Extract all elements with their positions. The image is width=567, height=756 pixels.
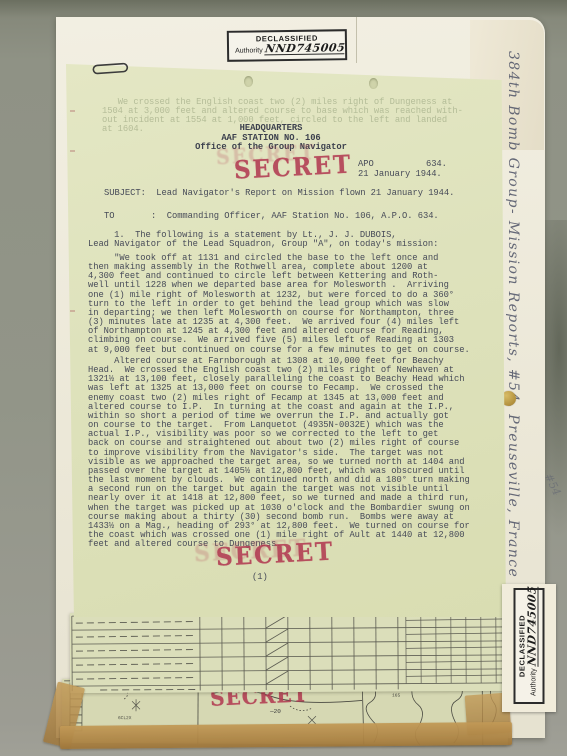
date-line: 21 January 1944. (358, 170, 442, 179)
svg-text:6CL2X: 6CL2X (118, 715, 132, 721)
authority-number: NND745005 (527, 586, 539, 668)
folder-fold-line (356, 17, 357, 63)
side-annotation: 384th Bomb Group- Mission Reports, #54, … (505, 51, 521, 648)
authority-label: Authority (531, 668, 538, 696)
form-sheet (70, 611, 510, 693)
form-grid (70, 611, 510, 693)
subject-line: SUBJECT: Lead Navigator's Report on Miss… (104, 189, 454, 198)
intro-paragraph: 1. The following is a statement by Lt., … (88, 231, 488, 249)
declassified-stamp-top: DECLASSIFIED Authority NND745005 (227, 29, 347, 62)
edge-tick (70, 150, 75, 152)
svg-text:165: 165 (392, 693, 400, 699)
declassified-card: DECLASSIFIED Authority NND745005 (502, 584, 556, 712)
paper-clip-icon (91, 61, 130, 82)
tape-bottom (60, 722, 512, 749)
fastener-hole (244, 76, 253, 87)
edge-tick (70, 110, 75, 112)
to-line: TO : Commanding Officer, AAF Station No.… (104, 212, 439, 221)
fastener-hole (369, 78, 378, 89)
letter-page: We crossed the English coast two (2) mil… (66, 60, 506, 617)
edge-tick (70, 310, 75, 312)
authority-number: NND745005 (264, 42, 346, 55)
body-paragraph-2: Altered course at Farnborough at 1308 at… (88, 357, 490, 549)
page-number: (1) (252, 573, 268, 582)
authority-label: Authority (235, 47, 263, 54)
map-scale-mark: —20 (270, 708, 281, 715)
declassified-stamp-bottom: DECLASSIFIED Authority NND745005 (514, 588, 545, 704)
apo-line: APO 634. (358, 160, 447, 169)
secret-stamp-bottom: SECRET (215, 537, 335, 572)
secret-stamp-main: SECRET (233, 150, 353, 185)
body-paragraph-1: "We took off at 1131 and circled the bas… (88, 254, 490, 355)
